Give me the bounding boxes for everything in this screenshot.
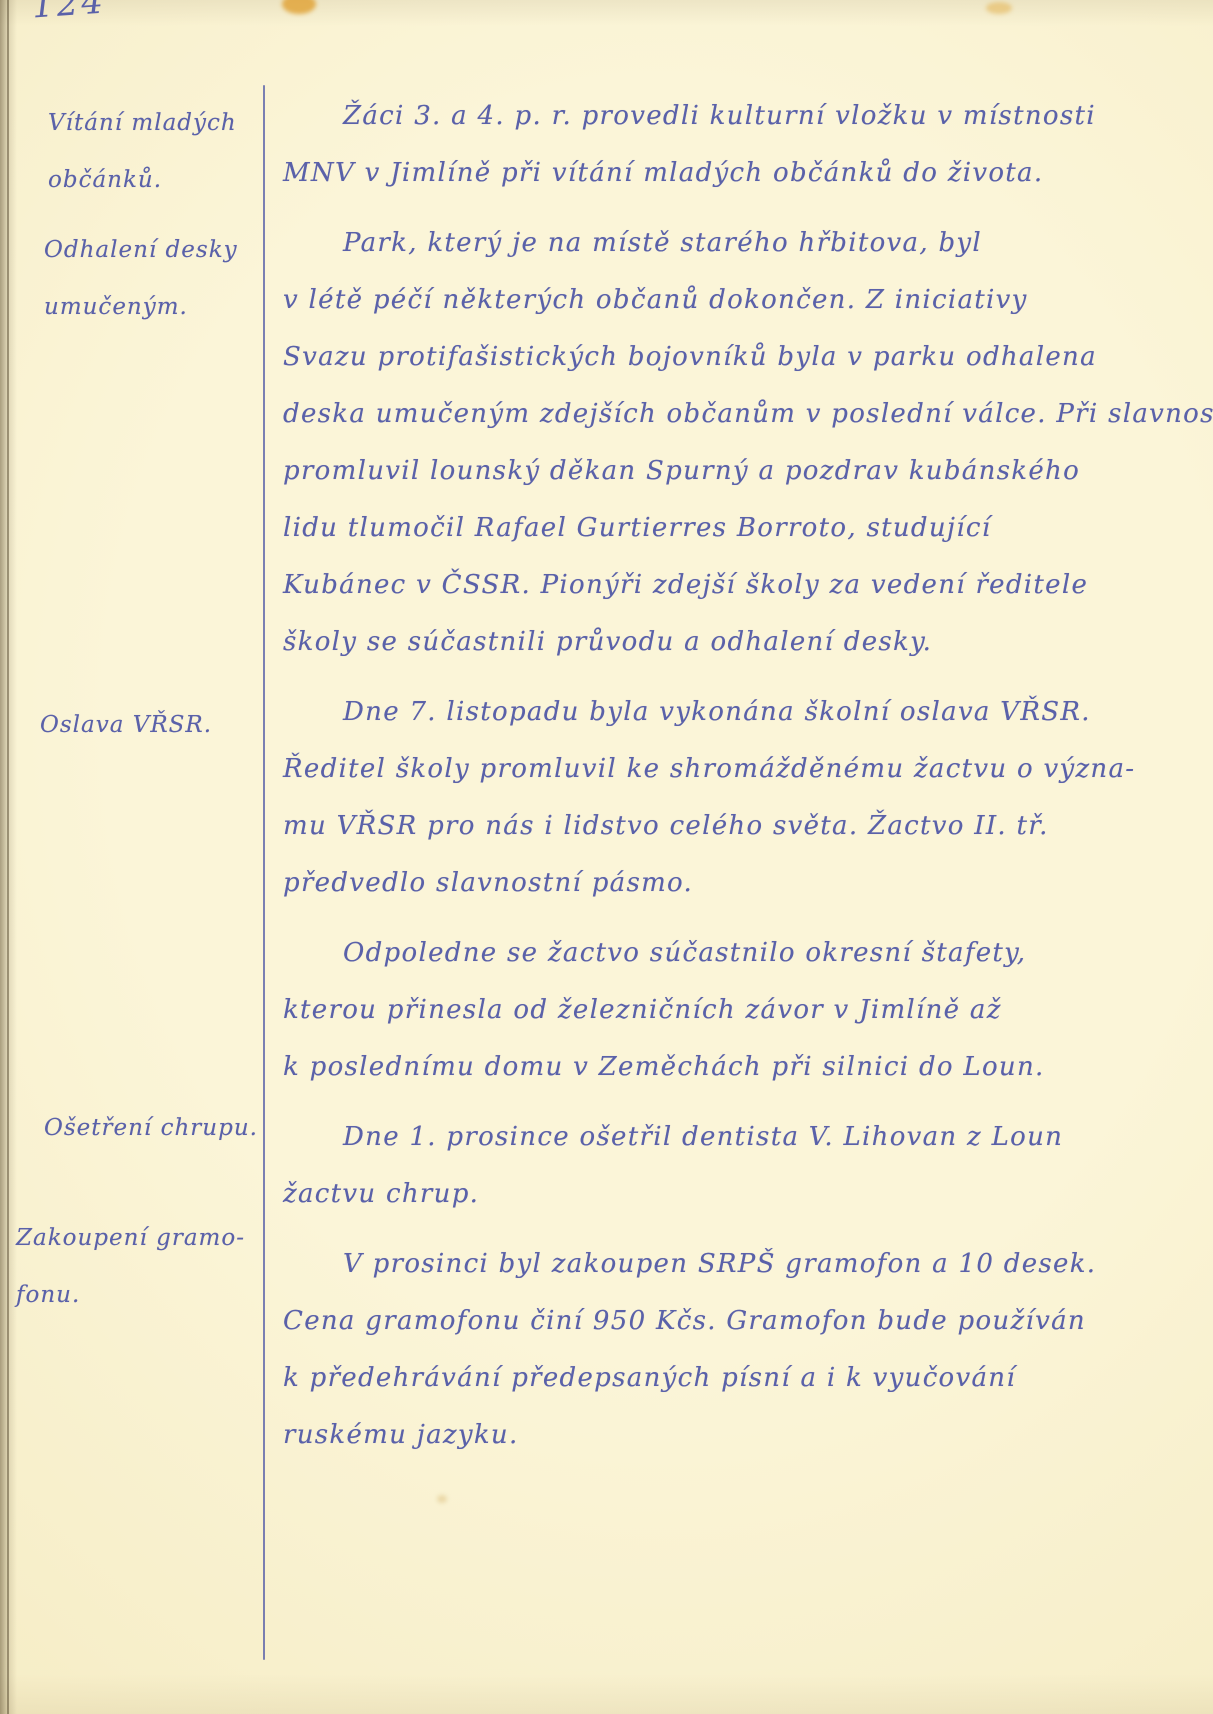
page-number: 124 — [31, 0, 108, 27]
handwritten-line: mu VŘSR pro nás i lidstvo celého světa. … — [283, 798, 1208, 855]
paragraph: Žáci 3. a 4. p. r. provedli kulturní vlo… — [283, 88, 1208, 202]
handwritten-line: Kubánec v ČSSR. Pionýři zdejší školy za … — [283, 557, 1208, 614]
handwritten-line: školy se súčastnili průvodu a odhalení d… — [283, 614, 1208, 671]
handwritten-line: kterou přinesla od železničních závor v … — [283, 982, 1208, 1039]
margin-note-line: Zakoupení gramo- — [16, 1210, 245, 1267]
handwritten-line: Dne 1. prosince ošetřil dentista V. Liho… — [283, 1109, 1208, 1166]
handwritten-line: MNV v Jimlíně při vítání mladých občánků… — [283, 145, 1208, 202]
margin-note-line: umučeným. — [44, 279, 238, 336]
margin-note-line: Ošetření chrupu. — [44, 1100, 258, 1157]
handwritten-line: předvedlo slavnostní pásmo. — [283, 855, 1208, 912]
handwritten-line: Svazu protifašistických bojovníků byla v… — [283, 329, 1208, 386]
handwritten-line: žactvu chrup. — [283, 1166, 1208, 1223]
margin-note-line: Odhalení desky — [44, 222, 238, 279]
paragraph: Park, který je na místě starého hřbitova… — [283, 215, 1208, 671]
handwritten-line: V prosinci byl zakoupen SRPŠ gramofon a … — [283, 1236, 1208, 1293]
handwritten-line: promluvil lounský děkan Spurný a pozdrav… — [283, 443, 1208, 500]
paragraph: Dne 7. listopadu byla vykonána školní os… — [283, 684, 1208, 912]
margin-note-line: Vítání mladých — [48, 95, 237, 152]
handwritten-line: k poslednímu domu v Zeměchách při silnic… — [283, 1039, 1208, 1096]
handwritten-line: k předehrávání předepsaných písní a i k … — [283, 1350, 1208, 1407]
handwritten-line: Žáci 3. a 4. p. r. provedli kulturní vlo… — [283, 88, 1208, 145]
paragraph: Dne 1. prosince ošetřil dentista V. Liho… — [283, 1109, 1208, 1223]
paper-stain — [282, 0, 316, 14]
paragraph: V prosinci byl zakoupen SRPŠ gramofon a … — [283, 1236, 1208, 1464]
margin-note: Vítání mladýchobčánků. — [48, 95, 237, 209]
handwritten-line: ruskému jazyku. — [283, 1407, 1208, 1464]
margin-note-line: Oslava VŘSR. — [40, 697, 212, 754]
handwritten-line: Dne 7. listopadu byla vykonána školní os… — [283, 684, 1208, 741]
handwritten-line: Odpoledne se žactvo súčastnilo okresní š… — [283, 925, 1208, 982]
margin-note-line: občánků. — [48, 152, 237, 209]
handwritten-line: Ředitel školy promluvil ke shromážděnému… — [283, 741, 1208, 798]
margin-note: Ošetření chrupu. — [44, 1100, 258, 1157]
margin-rule — [263, 85, 265, 1660]
margin-note: Odhalení deskyumučeným. — [44, 222, 238, 336]
scan-edge-line — [7, 0, 9, 1714]
margin-note: Oslava VŘSR. — [40, 697, 212, 754]
paper-stain — [437, 1495, 447, 1503]
handwritten-line: lidu tlumočil Rafael Gurtierres Borroto,… — [283, 500, 1208, 557]
handwritten-line: deska umučeným zdejších občanům v posled… — [283, 386, 1208, 443]
chronicle-page: { "page": { "number": "124" }, "ink_colo… — [0, 0, 1213, 1714]
body-column: Žáci 3. a 4. p. r. provedli kulturní vlo… — [283, 88, 1208, 1464]
handwritten-line: v létě péčí některých občanů dokončen. Z… — [283, 272, 1208, 329]
paper-stain — [986, 2, 1012, 14]
margin-note: Zakoupení gramo-fonu. — [16, 1210, 245, 1324]
handwritten-line: Park, který je na místě starého hřbitova… — [283, 215, 1208, 272]
page: 124 Vítání mladýchobčánků.Odhalení desky… — [0, 0, 1213, 1714]
paragraph: Odpoledne se žactvo súčastnilo okresní š… — [283, 925, 1208, 1096]
handwritten-line: Cena gramofonu činí 950 Kčs. Gramofon bu… — [283, 1293, 1208, 1350]
margin-note-line: fonu. — [16, 1267, 245, 1324]
